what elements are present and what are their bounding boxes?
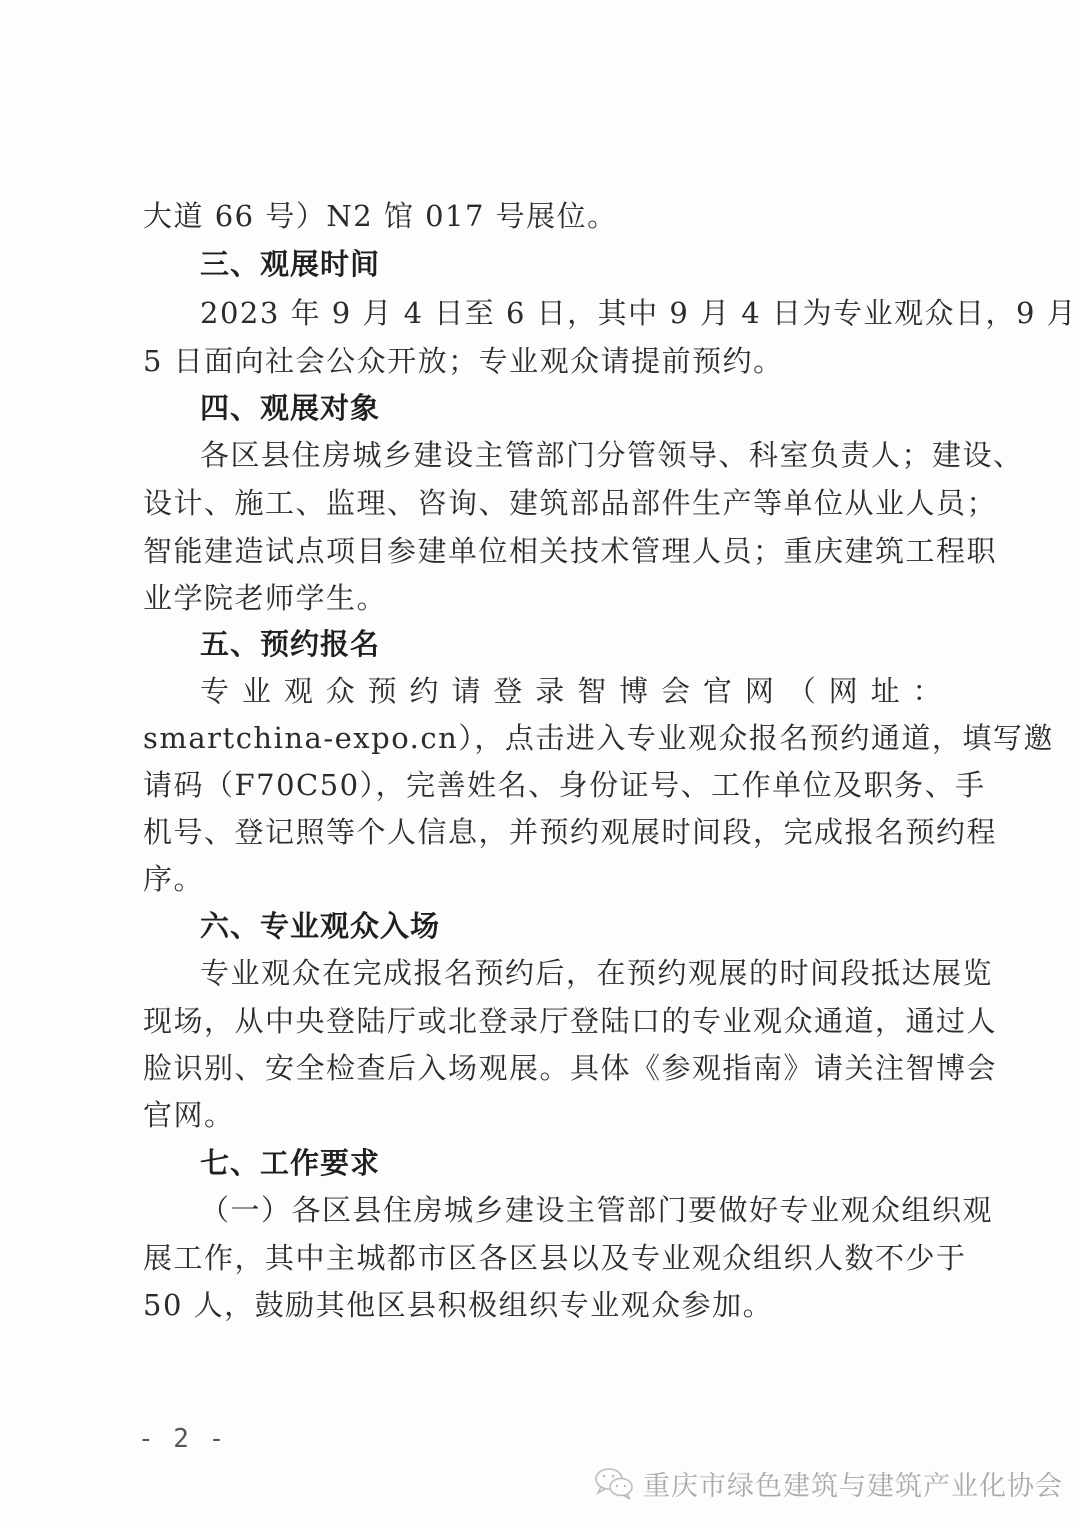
section-heading-entry: 六、专业观众入场 (200, 908, 440, 944)
paragraph-line: 机号、登记照等个人信息，并预约观展时间段，完成报名预约程 (143, 814, 943, 850)
paragraph-line: 脸识别、安全检查后入场观展。具体《参观指南》请关注智博会 (143, 1050, 943, 1086)
paragraph-line: 设计、施工、监理、咨询、建筑部品部件生产等单位从业人员； (143, 485, 943, 521)
paragraph-line: 2023 年 9 月 4 日至 6 日，其中 9 月 4 日为专业观众日，9 月 (200, 295, 943, 331)
page-number: - 2 - (138, 1424, 226, 1454)
paragraph-line: 各区县住房城乡建设主管部门分管领导、科室负责人；建设、 (200, 437, 943, 473)
paragraph-line: 序。 (143, 861, 943, 897)
document-page: 大道 66 号）N2 馆 017 号展位。 三、观展时间 2023 年 9 月 … (0, 0, 1080, 1528)
paragraph-line: 50 人，鼓励其他区县积极组织专业观众参加。 (143, 1287, 943, 1323)
section-heading-viewing-time: 三、观展时间 (200, 246, 380, 282)
paragraph-line: 现场，从中央登陆厅或北登录厅登陆口的专业观众通道，通过人 (143, 1003, 943, 1039)
paragraph-line: 智能建造试点项目参建单位相关技术管理人员；重庆建筑工程职 (143, 533, 943, 569)
paragraph-line: 专业观众预约请登录智博会官网（网址： (200, 673, 943, 709)
paragraph-line: 业学院老师学生。 (143, 580, 943, 616)
section-heading-registration: 五、预约报名 (200, 626, 380, 662)
section-heading-requirements: 七、工作要求 (200, 1145, 380, 1181)
continuation-line: 大道 66 号）N2 馆 017 号展位。 (143, 198, 943, 234)
paragraph-line: 5 日面向社会公众开放；专业观众请提前预约。 (143, 343, 943, 379)
section-heading-audience: 四、观展对象 (200, 390, 380, 426)
wechat-icon (593, 1466, 637, 1502)
watermark: 重庆市绿色建筑与建筑产业化协会 (593, 1464, 1063, 1503)
paragraph-line: 官网。 (143, 1097, 943, 1133)
paragraph-line-with-invite-code: 请码（F70C50），完善姓名、身份证号、工作单位及职务、手 (143, 767, 943, 803)
paragraph-line: 专业观众在完成报名预约后，在预约观展的时间段抵达展览 (200, 955, 943, 991)
watermark-text: 重庆市绿色建筑与建筑产业化协会 (643, 1464, 1063, 1503)
paragraph-line: （一）各区县住房城乡建设主管部门要做好专业观众组织观 (200, 1192, 943, 1228)
paragraph-line-with-url: smartchina-expo.cn），点击进入专业观众报名预约通道，填写邀 (143, 720, 943, 756)
paragraph-line: 展工作，其中主城都市区各区县以及专业观众组织人数不少于 (143, 1240, 943, 1276)
